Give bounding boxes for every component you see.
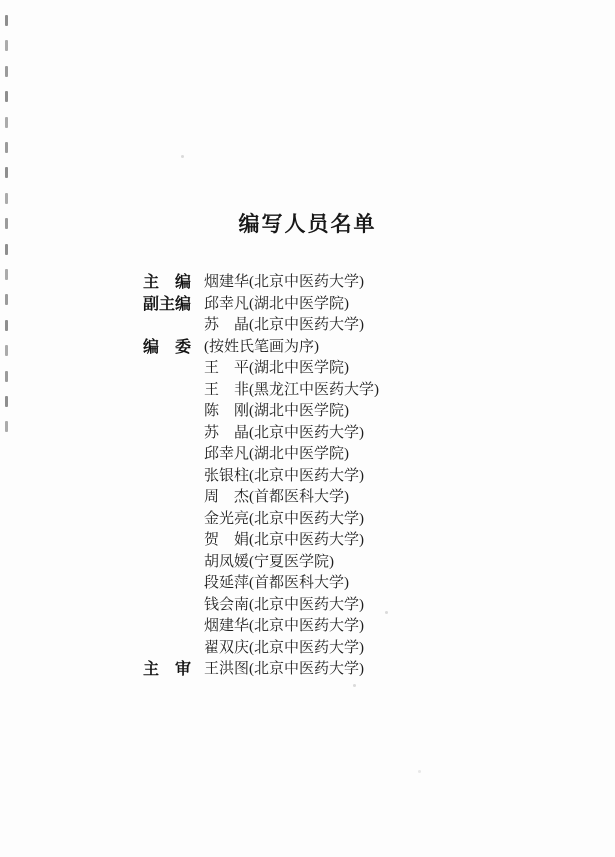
role-label: 副主编: [143, 294, 204, 316]
binding-mark: [5, 142, 8, 153]
roster-row: 副主编邱幸凡(湖北中医学院): [143, 294, 563, 316]
role-label: 编 委: [143, 337, 204, 359]
roster-row: 主 编烟建华(北京中医药大学): [143, 272, 563, 294]
entry-text: 张银柱(北京中医药大学): [204, 466, 364, 488]
binding-mark: [5, 396, 8, 407]
roster-row: 贺 娟(北京中医药大学): [143, 530, 563, 552]
roster-row: 翟双庆(北京中医药大学): [143, 638, 563, 660]
roster-row: 邱幸凡(湖北中医学院): [143, 444, 563, 466]
entry-text: 苏 晶(北京中医药大学): [204, 423, 364, 445]
entry-text: 王洪图(北京中医药大学): [204, 659, 364, 681]
binding-mark: [5, 320, 8, 331]
entry-text: 周 杰(首都医科大学): [204, 487, 349, 509]
entry-text: 贺 娟(北京中医药大学): [204, 530, 364, 552]
entry-text: 翟双庆(北京中医药大学): [204, 638, 364, 660]
binding-mark: [5, 193, 8, 204]
roster-row: 陈 刚(湖北中医学院): [143, 401, 563, 423]
binding-mark: [5, 66, 8, 77]
roster-row: 王 非(黑龙江中医药大学): [143, 380, 563, 402]
entry-text: 王 平(湖北中医学院): [204, 358, 349, 380]
roster-row: 主 审王洪图(北京中医药大学): [143, 659, 563, 681]
binding-mark: [5, 15, 8, 26]
entry-text: 邱幸凡(湖北中医学院): [204, 444, 349, 466]
binding-mark: [5, 421, 8, 432]
roster-row: 王 平(湖北中医学院): [143, 358, 563, 380]
scan-speck: [181, 155, 184, 158]
binding-mark: [5, 91, 8, 102]
roster-row: 编 委(按姓氏笔画为序): [143, 337, 563, 359]
entry-text: 钱会南(北京中医药大学): [204, 595, 364, 617]
entry-text: 王 非(黑龙江中医药大学): [204, 380, 379, 402]
entry-text: 胡凤媛(宁夏医学院): [204, 552, 334, 574]
binding-mark: [5, 40, 8, 51]
entry-text: 烟建华(北京中医药大学): [204, 272, 364, 294]
roster-row: 胡凤媛(宁夏医学院): [143, 552, 563, 574]
binding-mark: [5, 345, 8, 356]
roster-row: 苏 晶(北京中医药大学): [143, 423, 563, 445]
entry-text: 苏 晶(北京中医药大学): [204, 315, 364, 337]
scanned-page: 编写人员名单 主 编烟建华(北京中医药大学)副主编邱幸凡(湖北中医学院)苏 晶(…: [0, 0, 615, 857]
roster: 主 编烟建华(北京中医药大学)副主编邱幸凡(湖北中医学院)苏 晶(北京中医药大学…: [143, 272, 563, 681]
binding-mark: [5, 167, 8, 178]
binding-mark: [5, 269, 8, 280]
entry-text: (按姓氏笔画为序): [204, 337, 319, 359]
roster-row: 苏 晶(北京中医药大学): [143, 315, 563, 337]
entry-text: 金光亮(北京中医药大学): [204, 509, 364, 531]
binding-mark: [5, 117, 8, 128]
binding-mark: [5, 244, 8, 255]
binding-mark: [5, 294, 8, 305]
roster-row: 烟建华(北京中医药大学): [143, 616, 563, 638]
entry-text: 段延萍(首都医科大学): [204, 573, 349, 595]
entry-text: 陈 刚(湖北中医学院): [204, 401, 349, 423]
roster-row: 张银柱(北京中医药大学): [143, 466, 563, 488]
scan-speck: [418, 770, 421, 773]
binding-mark: [5, 371, 8, 382]
roster-row: 周 杰(首都医科大学): [143, 487, 563, 509]
role-label: 主 编: [143, 272, 204, 294]
scan-speck: [353, 684, 356, 687]
entry-text: 烟建华(北京中医药大学): [204, 616, 364, 638]
entry-text: 邱幸凡(湖北中医学院): [204, 294, 349, 316]
roster-row: 钱会南(北京中医药大学): [143, 595, 563, 617]
roster-row: 段延萍(首都医科大学): [143, 573, 563, 595]
scan-speck: [385, 611, 388, 614]
roster-row: 金光亮(北京中医药大学): [143, 509, 563, 531]
page-title: 编写人员名单: [0, 208, 615, 238]
role-label: 主 审: [143, 659, 204, 681]
